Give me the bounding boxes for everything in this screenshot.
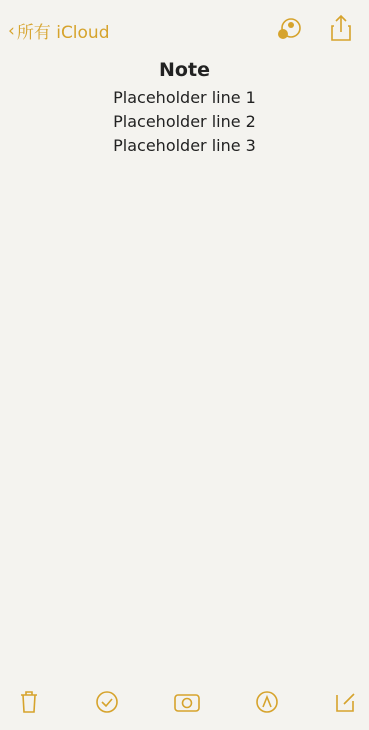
note-body[interactable]: Note Placeholder line 1 Placeholder line… bbox=[0, 58, 369, 158]
trash-icon[interactable] bbox=[18, 690, 40, 718]
note-title: Note bbox=[0, 58, 369, 82]
markup-icon[interactable] bbox=[255, 690, 279, 718]
back-button[interactable]: ‹ 所有 iCloud bbox=[8, 18, 110, 43]
note-line: Placeholder line 3 bbox=[0, 134, 369, 158]
camera-icon[interactable] bbox=[174, 690, 200, 716]
bottom-toolbar bbox=[0, 690, 369, 730]
chevron-left-icon: ‹ bbox=[8, 21, 15, 41]
back-label: 所有 iCloud bbox=[17, 18, 110, 43]
checklist-icon[interactable] bbox=[95, 690, 119, 718]
nav-bar: ‹ 所有 iCloud bbox=[0, 0, 369, 60]
add-person-icon[interactable] bbox=[276, 16, 302, 46]
note-line: Placeholder line 1 bbox=[0, 86, 369, 110]
compose-icon[interactable] bbox=[334, 690, 358, 718]
share-icon[interactable] bbox=[330, 14, 352, 46]
note-line: Placeholder line 2 bbox=[0, 110, 369, 134]
